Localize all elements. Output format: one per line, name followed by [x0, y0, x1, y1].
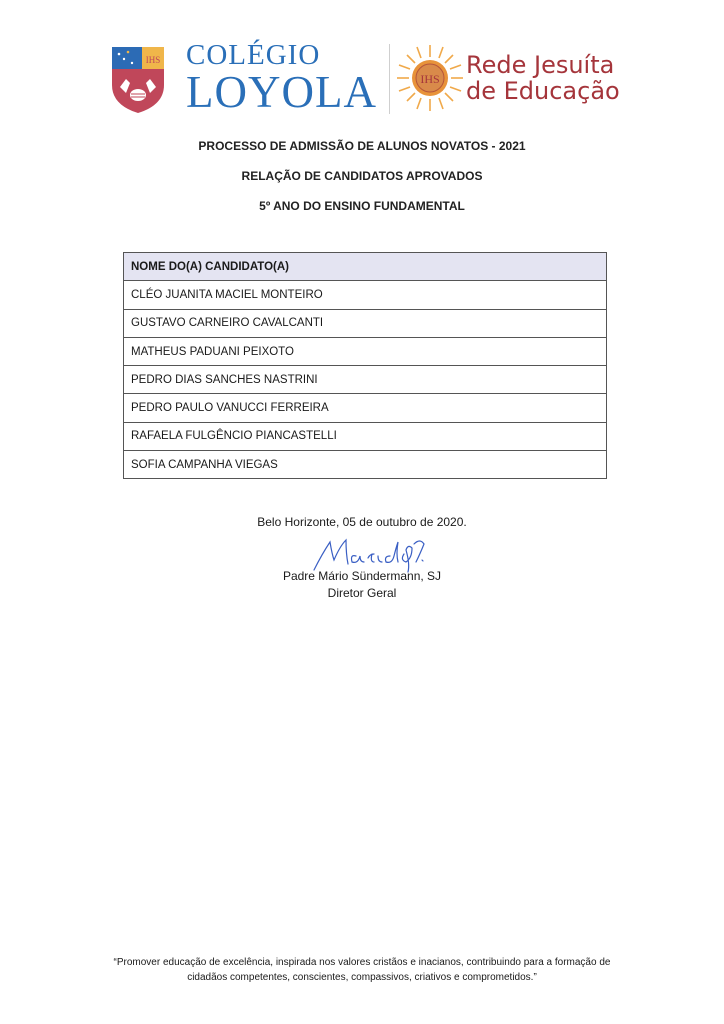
document-titles: PROCESSO DE ADMISSÃO DE ALUNOS NOVATOS -…: [0, 138, 724, 228]
candidate-name: MATHEUS PADUANI PEIXOTO: [124, 337, 607, 365]
candidate-name: GUSTAVO CARNEIRO CAVALCANTI: [124, 309, 607, 337]
place-and-date: Belo Horizonte, 05 de outubro de 2020.: [0, 515, 724, 529]
school-shield-logo-icon: IHS: [110, 45, 166, 115]
table-row: PEDRO DIAS SANCHES NASTRINI: [124, 366, 607, 394]
network-name-line1: Rede Jesuíta: [466, 52, 620, 78]
jesuit-sun-logo-icon: IHS: [395, 43, 465, 113]
table-row: RAFAELA FULGÊNCIO PIANCASTELLI: [124, 422, 607, 450]
signer-block: Padre Mário Sündermann, SJ Diretor Geral: [0, 568, 724, 602]
signer-title: Diretor Geral: [0, 585, 724, 602]
school-name-line2: LOYOLA: [186, 70, 377, 114]
table-row: MATHEUS PADUANI PEIXOTO: [124, 337, 607, 365]
svg-text:IHS: IHS: [146, 55, 161, 65]
candidate-name: SOFIA CAMPANHA VIEGAS: [124, 451, 607, 479]
title-process: PROCESSO DE ADMISSÃO DE ALUNOS NOVATOS -…: [0, 138, 724, 168]
title-list: RELAÇÃO DE CANDIDATOS APROVADOS: [0, 168, 724, 198]
school-name-line1: COLÉGIO: [186, 40, 377, 70]
table-row: SOFIA CAMPANHA VIEGAS: [124, 451, 607, 479]
table-row: GUSTAVO CARNEIRO CAVALCANTI: [124, 309, 607, 337]
candidate-name: PEDRO DIAS SANCHES NASTRINI: [124, 366, 607, 394]
title-grade: 5º ANO DO ENSINO FUNDAMENTAL: [0, 198, 724, 228]
candidate-name: PEDRO PAULO VANUCCI FERREIRA: [124, 394, 607, 422]
institutional-motto: “Promover educação de excelência, inspir…: [60, 955, 664, 985]
motto-line2: cidadãos competentes, conscientes, compa…: [60, 970, 664, 985]
school-name: COLÉGIO LOYOLA: [186, 40, 377, 114]
svg-text:IHS: IHS: [420, 72, 439, 86]
table-header-row: NOME DO(A) CANDIDATO(A): [124, 253, 607, 281]
motto-line1: “Promover educação de excelência, inspir…: [60, 955, 664, 970]
candidate-name: CLÉO JUANITA MACIEL MONTEIRO: [124, 281, 607, 309]
network-name-line2: de Educação: [466, 78, 620, 104]
candidate-name: RAFAELA FULGÊNCIO PIANCASTELLI: [124, 422, 607, 450]
logo-divider: [389, 44, 390, 114]
approved-candidates-table: NOME DO(A) CANDIDATO(A) CLÉO JUANITA MAC…: [123, 252, 607, 479]
table-row: CLÉO JUANITA MACIEL MONTEIRO: [124, 281, 607, 309]
table-row: PEDRO PAULO VANUCCI FERREIRA: [124, 394, 607, 422]
signer-name: Padre Mário Sündermann, SJ: [0, 568, 724, 585]
letterhead: IHS COLÉGIO LOYOLA IHS Rede Jesuíta de E…: [110, 40, 630, 120]
column-header-name: NOME DO(A) CANDIDATO(A): [124, 253, 607, 281]
network-name: Rede Jesuíta de Educação: [466, 52, 620, 104]
